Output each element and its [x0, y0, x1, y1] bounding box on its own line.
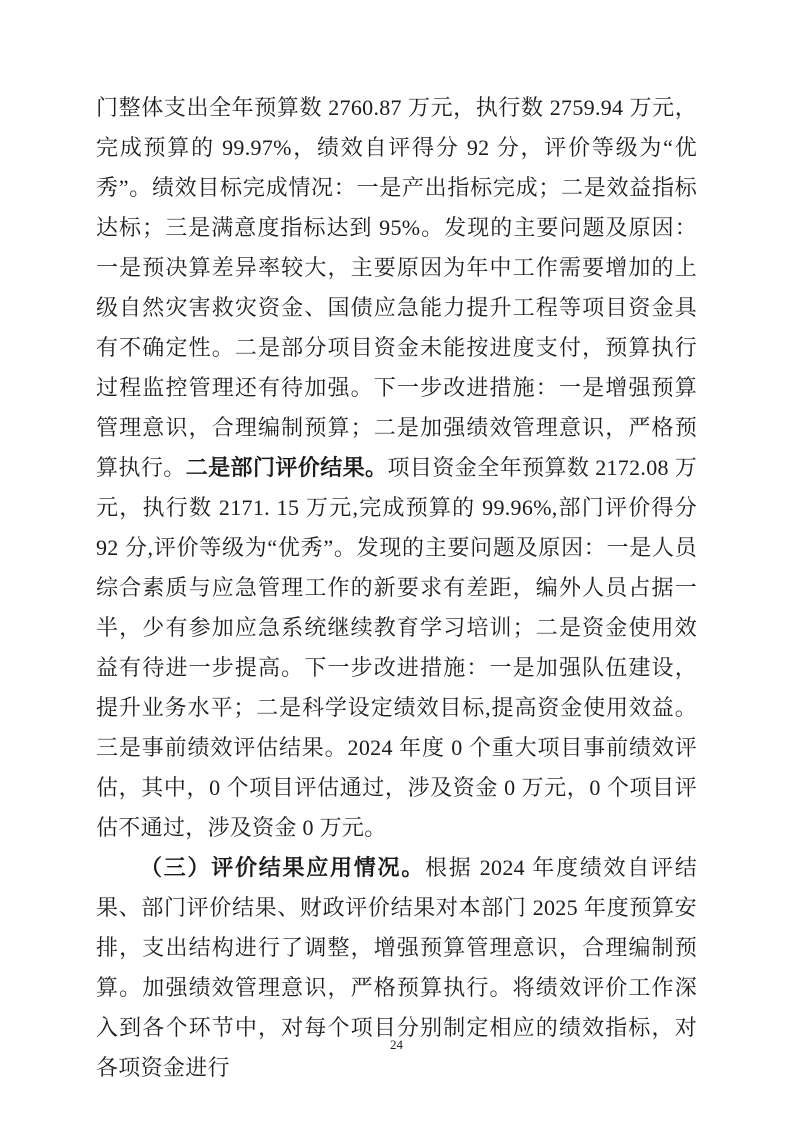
paragraph-run: 项目资金全年预算数 2172.08 万元，执行数 2171. 15 万元,完成预… — [96, 455, 697, 840]
paragraph-continuation: 门整体支出全年预算数 2760.87 万元，执行数 2759.94 万元，完成预… — [96, 88, 697, 848]
page-number: 24 — [0, 1036, 793, 1054]
document-page: 门整体支出全年预算数 2760.87 万元，执行数 2759.94 万元，完成预… — [0, 0, 793, 1122]
bold-heading-evaluation-result-application: （三）评价结果应用情况。 — [140, 855, 425, 880]
bold-heading-department-evaluation: 二是部门评价结果。 — [186, 455, 388, 480]
document-body: 门整体支出全年预算数 2760.87 万元，执行数 2759.94 万元，完成预… — [96, 88, 697, 1088]
paragraph-run: 门整体支出全年预算数 2760.87 万元，执行数 2759.94 万元，完成预… — [96, 95, 697, 480]
